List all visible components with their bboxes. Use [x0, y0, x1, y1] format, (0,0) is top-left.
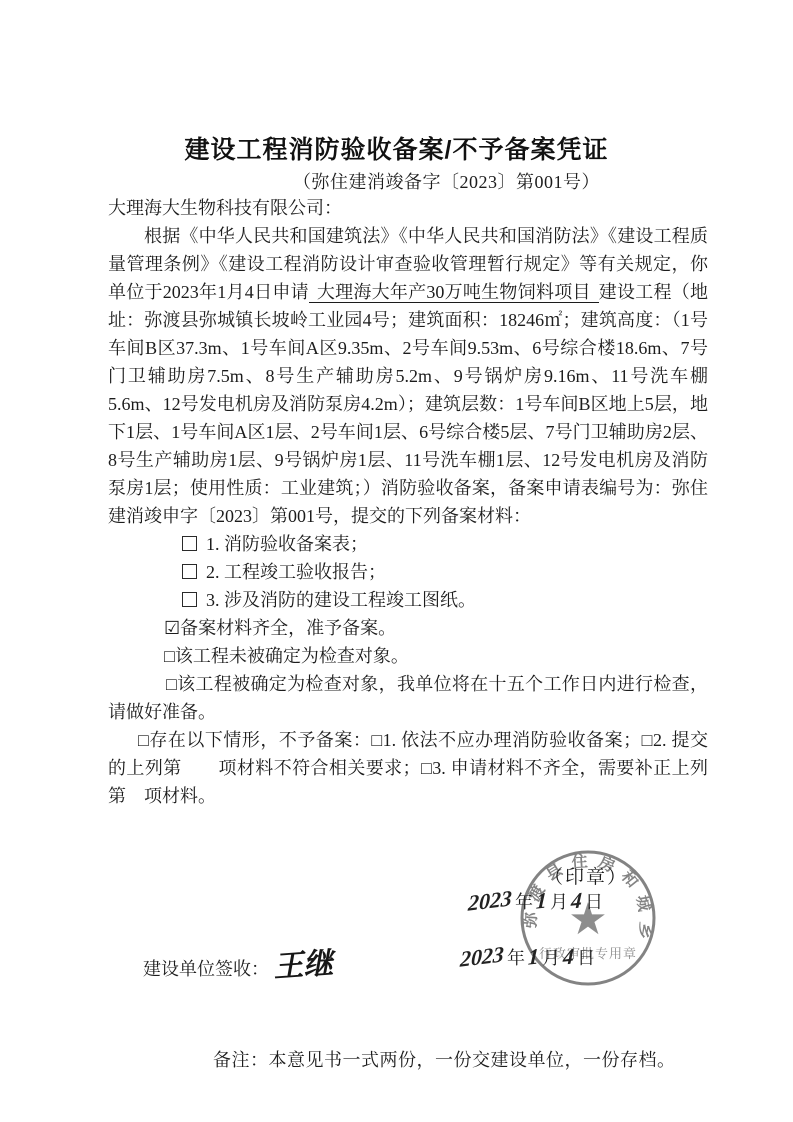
- material-item-1: 1. 消防验收备案表；: [182, 530, 708, 558]
- material-item-2: 2. 工程竣工验收报告；: [182, 558, 708, 586]
- checkbox-icon: [182, 536, 197, 551]
- option-rejection-reasons: □存在以下情形，不予备案：□1. 依法不应办理消防验收备案；□2. 提交的上列第…: [108, 726, 708, 810]
- main-paragraph: 根据《中华人民共和国建筑法》《中华人民共和国消防法》《建设工程质量管理条例》《建…: [108, 222, 708, 530]
- signature-row: 建设单位签收：王继: [143, 940, 333, 984]
- footer-note: 备注：本意见书一式两份，一份交建设单位，一份存档。: [213, 1046, 676, 1072]
- checkbox-icon: [182, 592, 197, 607]
- checkbox-icon: [182, 564, 197, 579]
- page-title: 建设工程消防验收备案/不予备案凭证: [0, 130, 793, 166]
- receipt-month-handwritten: 1: [528, 946, 540, 968]
- document-number: （弥住建消竣备字〔2023〕第001号）: [293, 168, 600, 194]
- project-name-underlined: 大理海大年产30万吨生物饲料项目: [309, 282, 599, 303]
- option-approved-checked: ☑备案材料齐全，准予备案。: [164, 614, 708, 642]
- recipient-line: 大理海大生物科技有限公司：: [108, 194, 708, 222]
- receipt-day-handwritten: 4: [563, 946, 575, 968]
- seal-placeholder-text: （印章）: [544, 862, 628, 889]
- material-item-3: 3. 涉及消防的建设工程竣工图纸。: [182, 586, 708, 614]
- after-project-text: 建设工程（地址：弥渡县弥城镇长坡岭工业园4号；建筑面积：18246㎡；建筑高度：…: [108, 282, 708, 526]
- issue-year-handwritten: 2023: [468, 888, 513, 914]
- month-label: 月: [547, 892, 571, 912]
- option-not-inspection-target: □该工程未被确定为检查对象。: [164, 642, 708, 670]
- year-label: 年: [512, 892, 536, 912]
- option-inspection-target: □该工程被确定为检查对象，我单位将在十五个工作日内进行检查，请做好准备。: [108, 670, 708, 726]
- certificate-page: 建设工程消防验收备案/不予备案凭证 （弥住建消竣备字〔2023〕第001号） 大…: [0, 0, 793, 1122]
- issue-day-handwritten: 4: [571, 890, 583, 912]
- receipt-date-line: 2023年1月4日: [460, 944, 598, 970]
- year-label: 年: [504, 948, 528, 968]
- month-label: 月: [539, 948, 563, 968]
- handwritten-signature: 王继: [272, 938, 335, 986]
- sign-label: 建设单位签收：: [143, 959, 269, 979]
- material-label: 3. 涉及消防的建设工程竣工图纸。: [206, 590, 476, 610]
- document-body: 大理海大生物科技有限公司： 根据《中华人民共和国建筑法》《中华人民共和国消防法》…: [108, 194, 708, 810]
- material-label: 1. 消防验收备案表；: [206, 534, 368, 554]
- day-label: 日: [574, 948, 598, 968]
- issue-month-handwritten: 1: [536, 890, 548, 912]
- day-label: 日: [582, 892, 606, 912]
- material-label: 2. 工程竣工验收报告；: [206, 562, 386, 582]
- receipt-year-handwritten: 2023: [460, 944, 505, 970]
- issue-date-line: 2023年1月4日: [468, 888, 606, 914]
